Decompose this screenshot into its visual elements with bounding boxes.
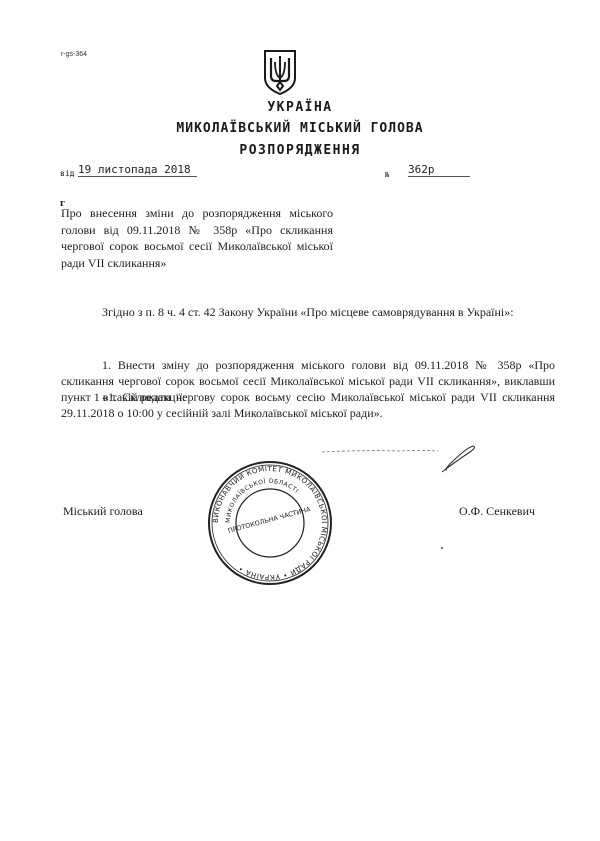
ink-dot [441, 547, 443, 549]
date-label: від [60, 169, 74, 178]
document-date: 19 листопада 2018 [78, 163, 197, 177]
document-title: Про внесення зміни до розпорядження місь… [61, 205, 333, 271]
paragraph-quoted-text: «1. Скликати чергову сорок восьму сесію … [61, 389, 555, 421]
number-label: № [385, 171, 389, 179]
header-country: УКРАЇНА [0, 100, 600, 115]
handwritten-signature [320, 440, 480, 480]
document-date-text: 19 листопада 2018 [78, 163, 191, 176]
header-authority: МИКОЛАЇВСЬКИЙ МІСЬКИЙ ГОЛОВА [0, 121, 600, 136]
trident-emblem-icon [261, 48, 299, 96]
document-page: r-gs-364 УКРАЇНА МИКОЛАЇВСЬКИЙ МІСЬКИЙ Г… [0, 0, 600, 841]
reference-code: r-gs-364 [61, 51, 87, 58]
stamp-center-text: ПРОТОКОЛЬНА ЧАСТИНА [227, 505, 312, 535]
signatory-position: Міський голова [63, 504, 143, 519]
header-doc-type: РОЗПОРЯДЖЕННЯ [0, 143, 600, 158]
document-number: 362р [408, 163, 470, 177]
stamp-center-line: ПРОТОКОЛЬНА ЧАСТИНА [227, 505, 312, 535]
official-stamp: ВИКОНАВЧИЙ КОМІТЕТ МИКОЛАЇВСЬКОЇ МІСЬКОЇ… [205, 458, 335, 588]
signatory-name: О.Ф. Сенкевич [459, 504, 535, 519]
paragraph-legal-basis: Згідно з п. 8 ч. 4 ст. 42 Закону України… [61, 304, 555, 320]
